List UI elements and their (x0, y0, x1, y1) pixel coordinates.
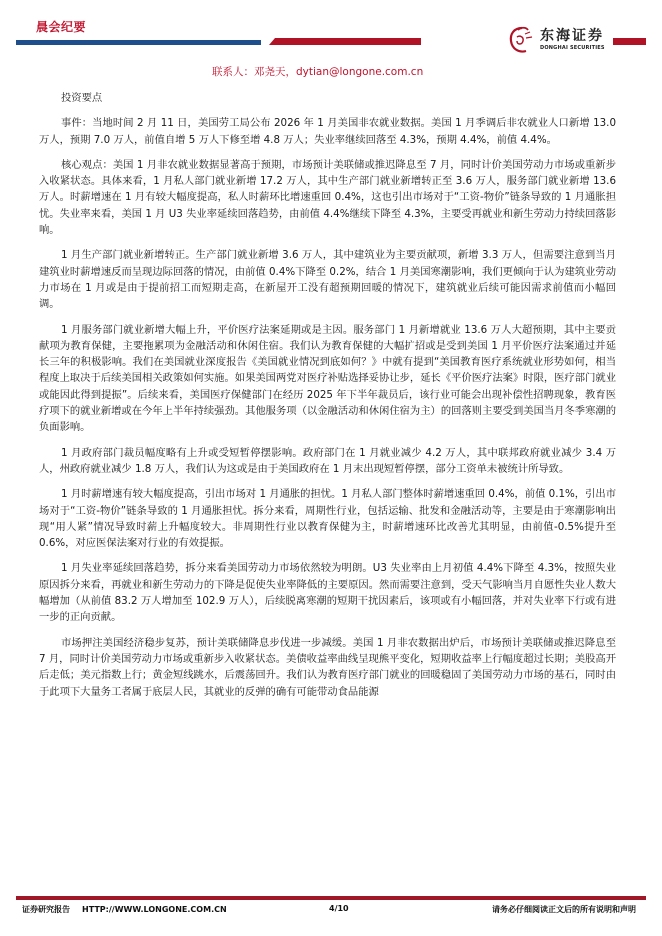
footer-divider (16, 896, 646, 900)
header-divider (16, 38, 406, 44)
contact-info: 联系人：邓尧天，dytian@longone.com.cn (212, 64, 423, 79)
page-footer: 证券研究报告HTTP://WWW.LONGONE.COM.CN 4/10 请务必… (22, 904, 636, 918)
header-bar-red-right (613, 38, 646, 45)
header-bar-red (269, 38, 421, 45)
page-number: 4/10 (329, 904, 349, 913)
dragon-logo-icon (508, 25, 536, 55)
footer-disclaimer: 请务必仔细阅读正文后的所有说明和声明 (492, 904, 636, 915)
header-section-title: 晨会纪要 (36, 18, 86, 35)
paragraph-hourly-wages: 1 月时薪增速有较大幅度提高，引出市场对 1 月通胀的担忧。1 月私人部门整体时… (39, 486, 616, 551)
paragraph-goods-sector: 1 月生产部门就业新增转正。生产部门就业新增 3.6 万人，其中建筑业为主要贡献… (39, 247, 616, 312)
paragraph-services-sector: 1 月服务部门就业新增大幅上升，平价医疗法案延期或是主因。服务部门 1 月新增就… (39, 322, 616, 436)
section-heading: 投资要点 (39, 90, 616, 106)
paragraph-government-sector: 1 月政府部门裁员幅度略有上升或受短暂停摆影响。政府部门在 1 月就业减少 4.… (39, 445, 616, 478)
report-body: 投资要点 事件：当地时间 2 月 11 日，美国劳工局公布 2026 年 1 月… (39, 90, 616, 709)
header-bar-blue (16, 40, 261, 45)
paragraph-market-reaction: 市场押注美国经济稳步复苏，预计美联储降息步伐进一步减缓。美国 1 月非农数据出炉… (39, 635, 616, 700)
logo-name-en: DONGHAI SECURITIES (540, 44, 605, 52)
footer-website-link[interactable]: HTTP://WWW.LONGONE.COM.CN (82, 905, 227, 914)
paragraph-event: 事件：当地时间 2 月 11 日，美国劳工局公布 2026 年 1 月美国非农就… (39, 115, 616, 148)
footer-report-label: 证券研究报告 (22, 905, 70, 914)
company-logo: 东海证券 DONGHAI SECURITIES (508, 22, 612, 58)
logo-name-cn: 东海证券 (540, 28, 605, 44)
paragraph-unemployment: 1 月失业率延续回落趋势，拆分来看美国劳动力市场依然较为明朗。U3 失业率由上月… (39, 560, 616, 625)
paragraph-core-view: 核心观点：美国 1 月非农就业数据显著高于预期，市场预计美联储或推迟降息至 7 … (39, 157, 616, 238)
